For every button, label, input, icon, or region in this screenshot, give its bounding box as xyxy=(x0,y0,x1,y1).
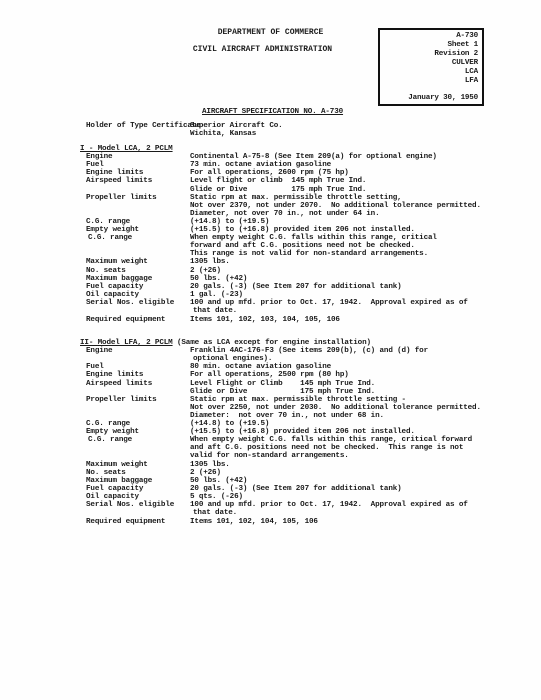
spec-value: This range is not valid for non-standard… xyxy=(190,250,428,258)
section-heading: I - Model LCA, 2 PCLM xyxy=(80,145,173,153)
spec-value: (+15.5) to (+16.8) provided item 206 not… xyxy=(190,226,415,234)
revision-number: Revision 2 xyxy=(434,50,478,58)
spec-label: Fuel xyxy=(86,161,104,169)
spec-value: Diameter, not over 70 in., not under 64 … xyxy=(190,210,380,218)
spec-value: Static rpm at max. permissible throttle … xyxy=(190,396,406,404)
spec-id-box: A-730 Sheet 1 Revision 2 CULVER LCA LFA … xyxy=(378,28,484,106)
holder-location: Wichita, Kansas xyxy=(190,130,256,138)
spec-value: (+14.8) to (+19.5) xyxy=(190,218,269,226)
spec-label: No. seats xyxy=(86,469,126,477)
spec-value: 2 (+26) xyxy=(190,267,221,275)
spec-value: Franklin 4AC-176-F3 (See items 209(b), (… xyxy=(190,347,428,355)
spec-label: Airspeed limits xyxy=(86,177,152,185)
spec-number: A-730 xyxy=(456,32,478,40)
spec-value: valid for non-standard arrangements. xyxy=(190,452,349,460)
spec-label: Airspeed limits xyxy=(86,380,152,388)
spec-value: 20 gals. (-3) (See Item 207 for addition… xyxy=(190,283,402,291)
spec-title: AIRCRAFT SPECIFICATION NO. A-730 xyxy=(202,108,343,116)
spec-value: Continental A-75-8 (See Item 209(a) for … xyxy=(190,153,437,161)
spec-value: 50 lbs. (+42) xyxy=(190,477,247,485)
spec-value: For all operations, 2500 rpm (80 hp) xyxy=(190,371,349,379)
spec-label: Maximum baggage xyxy=(86,477,152,485)
spec-value: For all operations, 2600 rpm (75 hp) xyxy=(190,169,349,177)
spec-label: Oil capacity xyxy=(86,493,139,501)
section-heading-title: I - Model LCA, 2 PCLM xyxy=(80,145,173,153)
spec-value: Not over 2250, not under 2030. No additi… xyxy=(190,404,481,412)
spec-value: 50 lbs. (+42) xyxy=(190,275,247,283)
spec-label: Empty weight xyxy=(86,428,139,436)
spec-label: Fuel capacity xyxy=(86,485,143,493)
spec-value: 20 gals. (-3) (See Item 207 for addition… xyxy=(190,485,402,493)
spec-value: that date. xyxy=(193,509,237,517)
spec-label: Oil capacity xyxy=(86,291,139,299)
spec-value: Level Flight or Climb 145 mph True Ind. xyxy=(190,380,375,388)
spec-label: Engine xyxy=(86,347,112,355)
spec-label: Required equipment xyxy=(86,518,165,526)
spec-value: 5 qts. (-26) xyxy=(190,493,243,501)
spec-value: Items 101, 102, 104, 105, 106 xyxy=(190,518,318,526)
spec-value: 100 and up mfd. prior to Oct. 17, 1942. … xyxy=(190,501,468,509)
spec-label: C.G. range xyxy=(86,218,130,226)
section-heading-note: (Same as LCA except for engine installat… xyxy=(173,339,371,347)
spec-value: 1305 lbs. xyxy=(190,258,230,266)
sheet-number: Sheet 1 xyxy=(448,41,479,49)
spec-label: C.G. range xyxy=(88,234,132,242)
spec-label: No. seats xyxy=(86,267,126,275)
model-lca: LCA xyxy=(465,68,478,76)
spec-value: (+15.5) to (+16.8) provided item 206 not… xyxy=(190,428,415,436)
model-lfa: LFA xyxy=(465,77,478,85)
holder-name: Superior Aircraft Co. xyxy=(190,122,283,130)
spec-value: Not over 2370, not under 2070. No additi… xyxy=(190,202,481,210)
spec-value: 2 (+26) xyxy=(190,469,221,477)
spec-value: Items 101, 102, 103, 104, 105, 106 xyxy=(190,316,340,324)
spec-label: Serial Nos. eligible xyxy=(86,299,174,307)
spec-label: Maximum weight xyxy=(86,258,148,266)
spec-label: C.G. range xyxy=(88,436,132,444)
spec-value: and aft C.G. positions need not be check… xyxy=(190,444,463,452)
spec-label: Fuel capacity xyxy=(86,283,143,291)
spec-value: (+14.8) to (+19.5) xyxy=(190,420,269,428)
spec-label: Engine xyxy=(86,153,112,161)
spec-label: Propeller limits xyxy=(86,396,157,404)
section-heading: II- Model LFA, 2 PCLM (Same as LCA excep… xyxy=(80,339,371,347)
spec-label: Maximum baggage xyxy=(86,275,152,283)
spec-label: Required equipment xyxy=(86,316,165,324)
spec-label: Engine limits xyxy=(86,169,143,177)
spec-value: When empty weight C.G. falls within this… xyxy=(190,436,472,444)
holder-label: Holder of Type Certificate xyxy=(86,122,201,130)
spec-label: C.G. range xyxy=(86,420,130,428)
spec-label: Serial Nos. eligible xyxy=(86,501,174,509)
spec-value: Static rpm at max. permissible throttle … xyxy=(190,194,402,202)
spec-label: Maximum weight xyxy=(86,461,148,469)
spec-value: 1 gal. (-23) xyxy=(190,291,243,299)
spec-label: Fuel xyxy=(86,363,104,371)
spec-label: Engine limits xyxy=(86,371,143,379)
spec-value: When empty weight C.G. falls within this… xyxy=(190,234,437,242)
spec-value: Glide or Dive 175 mph True Ind. xyxy=(190,388,375,396)
spec-date: January 30, 1950 xyxy=(408,94,478,102)
spec-value: 73 min. octane aviation gasoline xyxy=(190,161,331,169)
spec-value: 100 and up mfd. prior to Oct. 17, 1942. … xyxy=(190,299,468,307)
spec-value: that date. xyxy=(193,307,237,315)
spec-value: optional engines). xyxy=(193,355,272,363)
spec-label: Empty weight xyxy=(86,226,139,234)
make-name: CULVER xyxy=(452,59,478,67)
section-heading-title: II- Model LFA, 2 PCLM xyxy=(80,339,173,347)
document-page: DEPARTMENT OF COMMERCE CIVIL AIRCRAFT AD… xyxy=(0,0,541,700)
spec-value: 1305 lbs. xyxy=(190,461,230,469)
spec-value: Diameter: not over 70 in., not under 68 … xyxy=(190,412,384,420)
spec-value: Level flight or climb 145 mph True Ind. xyxy=(190,177,366,185)
spec-label: Propeller limits xyxy=(86,194,157,202)
spec-value: forward and aft C.G. positions need not … xyxy=(190,242,415,250)
spec-value: Glide or Dive 175 mph True Ind. xyxy=(190,186,366,194)
spec-value: 80 min. octane aviation gasoline xyxy=(190,363,331,371)
